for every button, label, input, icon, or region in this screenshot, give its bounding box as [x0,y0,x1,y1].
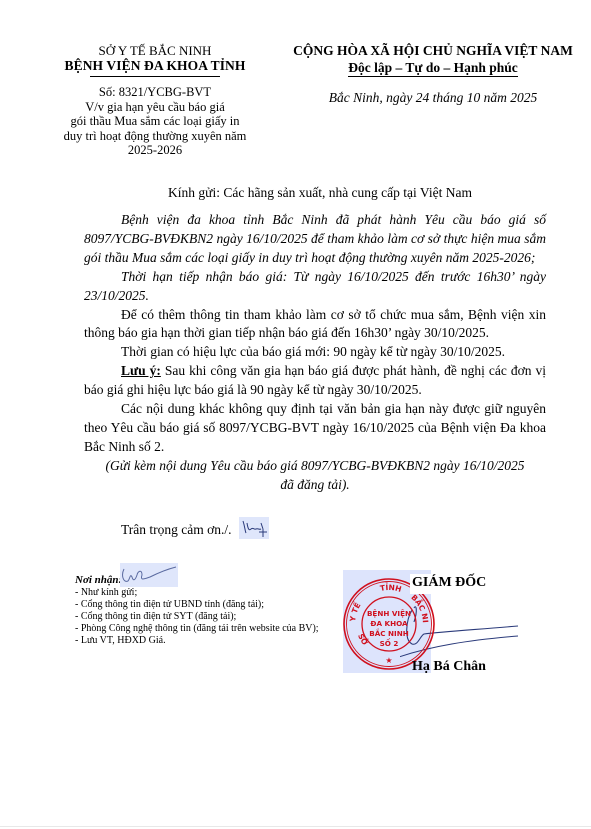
letter-body: Bệnh viện đa khoa tỉnh Bắc Ninh đã phát … [84,211,546,495]
subject-line: duy trì hoạt động thường xuyên năm [60,129,250,144]
recipient-item: - Cổng thông tin điện tử SYT (đăng tải); [75,611,319,623]
recipient-signature-icon [120,563,178,587]
paragraph-validity: Thời gian có hiệu lực của báo giá mới: 9… [84,343,546,362]
organization-name: BỆNH VIỆN ĐA KHOA TỈNH [60,58,250,74]
svg-text:BẮC NINH: BẮC NINH [369,628,409,638]
subject-line: gói thầu Mua sắm các loại giấy in [60,114,250,129]
recipient-item: - Như kính gửi; [75,587,319,599]
paragraph-other-terms: Các nội dung khác không quy định tại văn… [84,400,546,457]
closing-line: Trân trọng cảm ơn./. [121,520,269,542]
place-date: Bắc Ninh, ngày 24 tháng 10 năm 2025 [280,90,586,106]
note-label: Lưu ý: [121,363,161,378]
paragraph-note: Lưu ý: Sau khi công văn gia hạn báo giá … [84,362,546,400]
document-page: SỞ Y TẾ BẮC NINH BỆNH VIỆN ĐA KHOA TỈNH … [0,0,591,829]
paragraph-original-deadline: Thời hạn tiếp nhận báo giá: Từ ngày 16/1… [84,268,546,306]
national-header: CỘNG HÒA XÃ HỘI CHỦ NGHĨA VIỆT NAM Độc l… [280,43,586,106]
paragraph-reference: Bệnh viện đa khoa tỉnh Bắc Ninh đã phát … [84,211,546,268]
svg-text:★: ★ [385,656,392,665]
attachment-note: (Gửi kèm nội dung Yêu cầu báo giá 8097/Y… [84,457,546,495]
paragraph-extension: Để có thêm thông tin tham khảo làm cơ sở… [84,306,546,344]
recipient-item: - Phòng Công nghệ thông tin (đăng tải tr… [75,623,319,635]
subject-line: 2025-2026 [60,143,250,158]
recipient-item: - Cổng thông tin điện tử UBND tỉnh (đăng… [75,599,319,611]
signer-position: GIÁM ĐỐC [410,574,492,594]
agency-name: SỞ Y TẾ BẮC NINH [60,43,250,58]
divider [90,76,220,77]
signer-name: Hạ Bá Chân [412,658,486,676]
national-title: CỘNG HÒA XÃ HỘI CHỦ NGHĨA VIỆT NAM [280,43,586,59]
svg-text:SỐ 2: SỐ 2 [380,638,399,648]
recipient-item: - Lưu VT, HĐXD Giá. [75,635,319,647]
svg-text:TỈNH: TỈNH [379,582,402,594]
issuer-block: SỞ Y TẾ BẮC NINH BỆNH VIỆN ĐA KHOA TỈNH … [60,43,250,158]
national-motto: Độc lập – Tự do – Hạnh phúc [348,60,518,77]
page-edge [0,826,591,827]
subject-line: V/v gia hạn yêu cầu báo giá [60,100,250,115]
closing-text: Trân trọng cảm ơn./. [121,522,232,537]
document-meta: Số: 8321/YCBG-BVT V/v gia hạn yêu cầu bá… [60,85,250,158]
document-number: Số: 8321/YCBG-BVT [60,85,250,100]
recipients-block: Nơi nhận: - Như kính gửi; - Cổng thông t… [75,574,319,647]
greeting: Kính gửi: Các hãng sản xuất, nhà cung cấ… [80,185,560,201]
svg-text:Y TẾ: Y TẾ [348,600,363,623]
initial-signature-icon [239,517,269,539]
svg-text:BỆNH VIỆN: BỆNH VIỆN [367,609,411,618]
svg-text:ĐA KHOA: ĐA KHOA [370,619,408,628]
recipients-title: Nơi nhận: [75,574,319,587]
